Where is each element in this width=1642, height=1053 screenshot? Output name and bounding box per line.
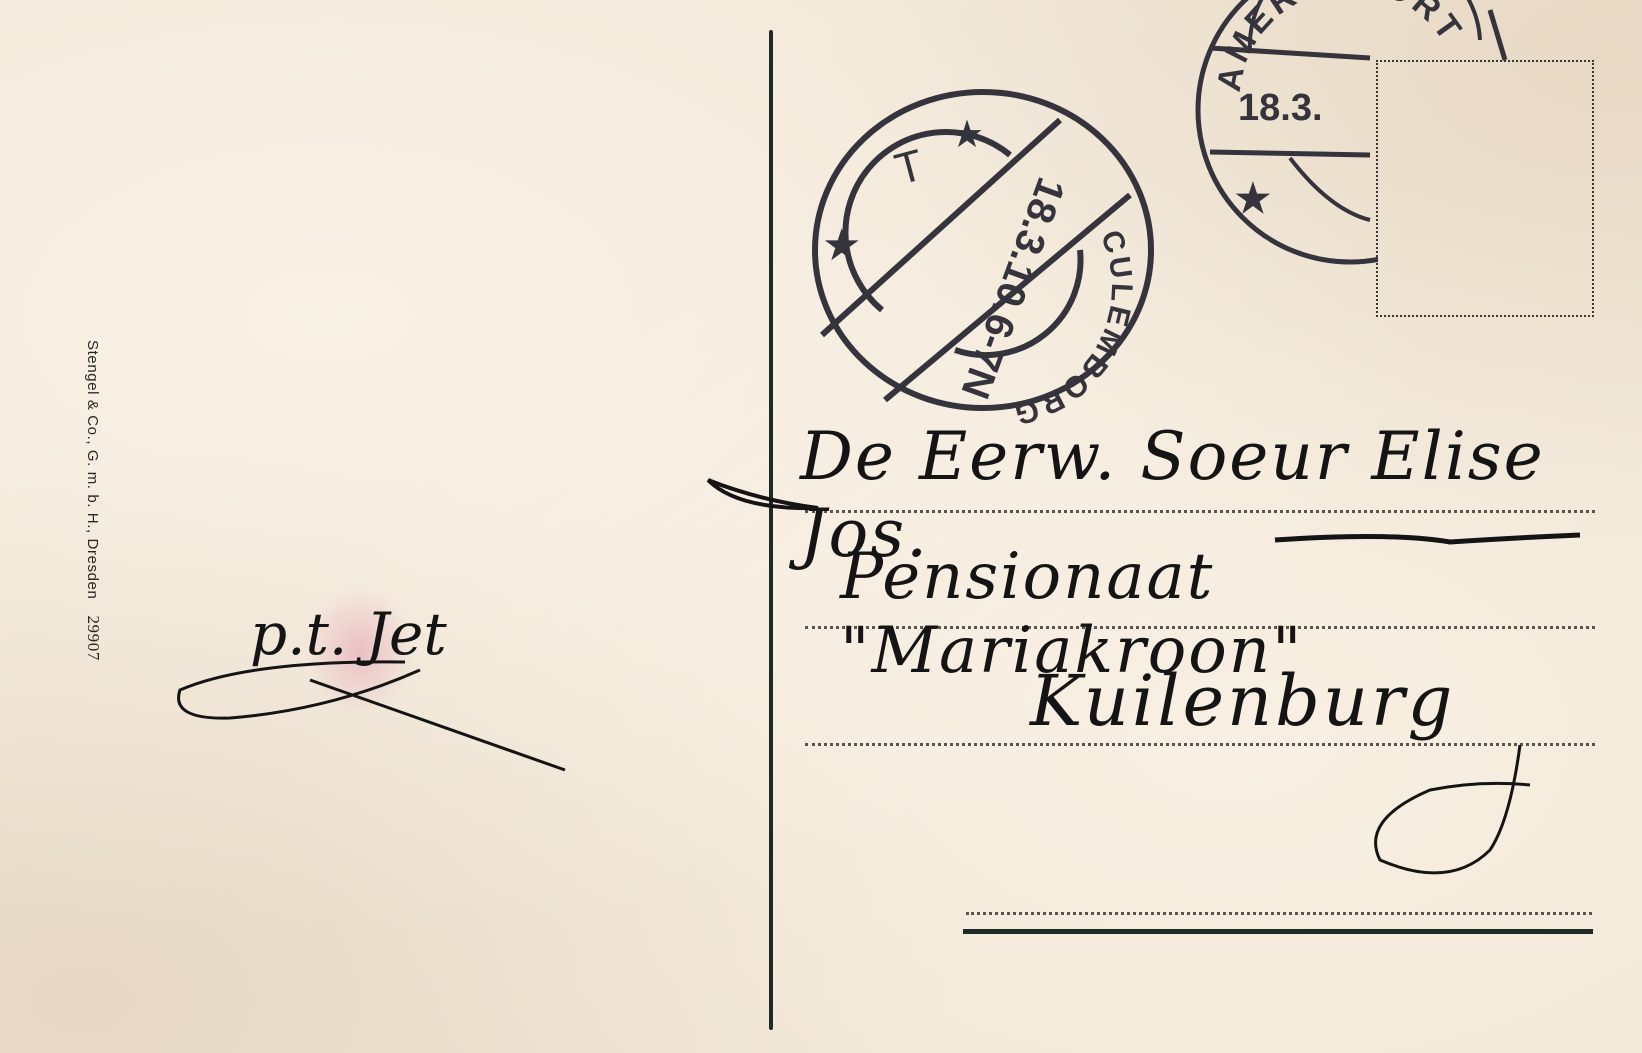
svg-text:T: T (890, 140, 929, 194)
center-divider-line (769, 30, 773, 1030)
svg-text:★: ★ (822, 221, 861, 270)
signature-flourish (170, 620, 590, 790)
svg-text:★: ★ (1235, 177, 1271, 221)
address-flourish-1 (698, 470, 838, 510)
svg-text:AMERSFOORT: AMERSFOORT (1210, 0, 1471, 94)
svg-text:18.3.10.6-7N: 18.3.10.6-7N (952, 172, 1072, 404)
address-bottom-rule (963, 929, 1593, 934)
amersfoort-postmark: AMERSFOORT 18.3. ★ (1190, 0, 1520, 250)
svg-text:★: ★ (950, 114, 984, 156)
culemborg-postmark: T ★ ★ 18.3.10.6-7N CULEMBORG (800, 85, 1160, 425)
publisher-number: 29907 (84, 615, 103, 661)
publisher-imprint: Stengel & Co., G. m. b. H., Dresden29907 (79, 340, 103, 780)
postcard-back: Stengel & Co., G. m. b. H., Dresden29907… (0, 0, 1642, 1053)
publisher-name: Stengel & Co., G. m. b. H., Dresden (84, 340, 101, 599)
address-flourish-3 (1370, 740, 1570, 880)
address-line-4-rule (966, 912, 1592, 915)
svg-text:18.3.: 18.3. (1238, 87, 1323, 129)
address-line-3: Kuilenburg (1030, 660, 1455, 742)
